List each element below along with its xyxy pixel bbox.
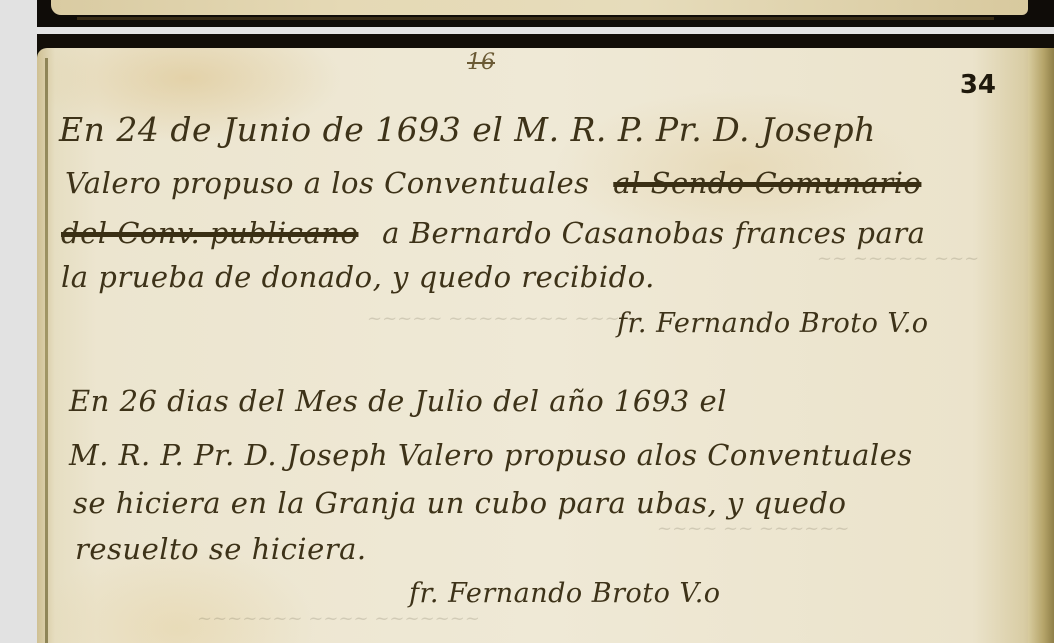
entry-1-line-2: Valero propuso a los Conventuales al Sen… — [65, 166, 921, 200]
entry-2-line-3: se hiciera en la Granja un cubo para uba… — [73, 486, 846, 520]
entry-2-line-4: resuelto se hiciera. — [75, 532, 367, 566]
document-viewer[interactable]: ~~ ~~~~~ ~~~ ~~~~~ ~~~~~~~~ ~~~~ ~~~~ ~~… — [37, 0, 1054, 643]
entry-1-line-1: En 24 de Junio de 1693 el M. R. P. Pr. D… — [59, 110, 876, 149]
previous-page-paper-edge — [51, 0, 1028, 15]
previous-page-strip[interactable] — [37, 0, 1054, 27]
bleed-through-text: ~~~~~ ~~~~~~~~ ~~~~ — [367, 308, 635, 329]
bleed-through-text: ~~~~~~~ ~~~~ ~~~~~~~ — [197, 608, 480, 629]
page-right-edge — [1028, 48, 1054, 643]
page-spine-line — [45, 58, 48, 643]
entry-1-struck-text: del Conv. publicano — [61, 216, 358, 250]
entry-2-line-2: M. R. P. Pr. D. Joseph Valero propuso al… — [69, 438, 913, 472]
bleed-through-text: ~~ ~~~~~ ~~~ — [817, 248, 979, 269]
entry-1-signature: fr. Fernando Broto V.o — [617, 308, 929, 339]
top-margin-mark: 16 — [467, 50, 495, 75]
entry-2-line-1: En 26 dias del Mes de Julio del año 1693… — [69, 384, 727, 418]
entry-1-line-3-text: a Bernardo Casanobas frances para — [382, 216, 925, 250]
bleed-through-text: ~~~~ ~~ ~~~~~~ — [657, 518, 849, 539]
entry-1-line-4: la prueba de donado, y quedo recibido. — [61, 260, 655, 294]
previous-page-shadow — [77, 17, 994, 20]
page-separator — [37, 27, 1054, 34]
entry-1-struck-text: al Sendo Comunario — [613, 166, 921, 200]
manuscript-page[interactable]: ~~ ~~~~~ ~~~ ~~~~~ ~~~~~~~~ ~~~~ ~~~~ ~~… — [37, 48, 1054, 643]
entry-1-line-3: del Conv. publicano a Bernardo Casanobas… — [61, 216, 925, 250]
entry-1-line-2-text: Valero propuso a los Conventuales — [65, 166, 590, 200]
current-page-frame: ~~ ~~~~~ ~~~ ~~~~~ ~~~~~~~~ ~~~~ ~~~~ ~~… — [37, 34, 1054, 643]
entry-2-signature: fr. Fernando Broto V.o — [409, 578, 721, 609]
viewer-left-gutter — [0, 0, 37, 643]
folio-number: 34 — [960, 70, 996, 100]
